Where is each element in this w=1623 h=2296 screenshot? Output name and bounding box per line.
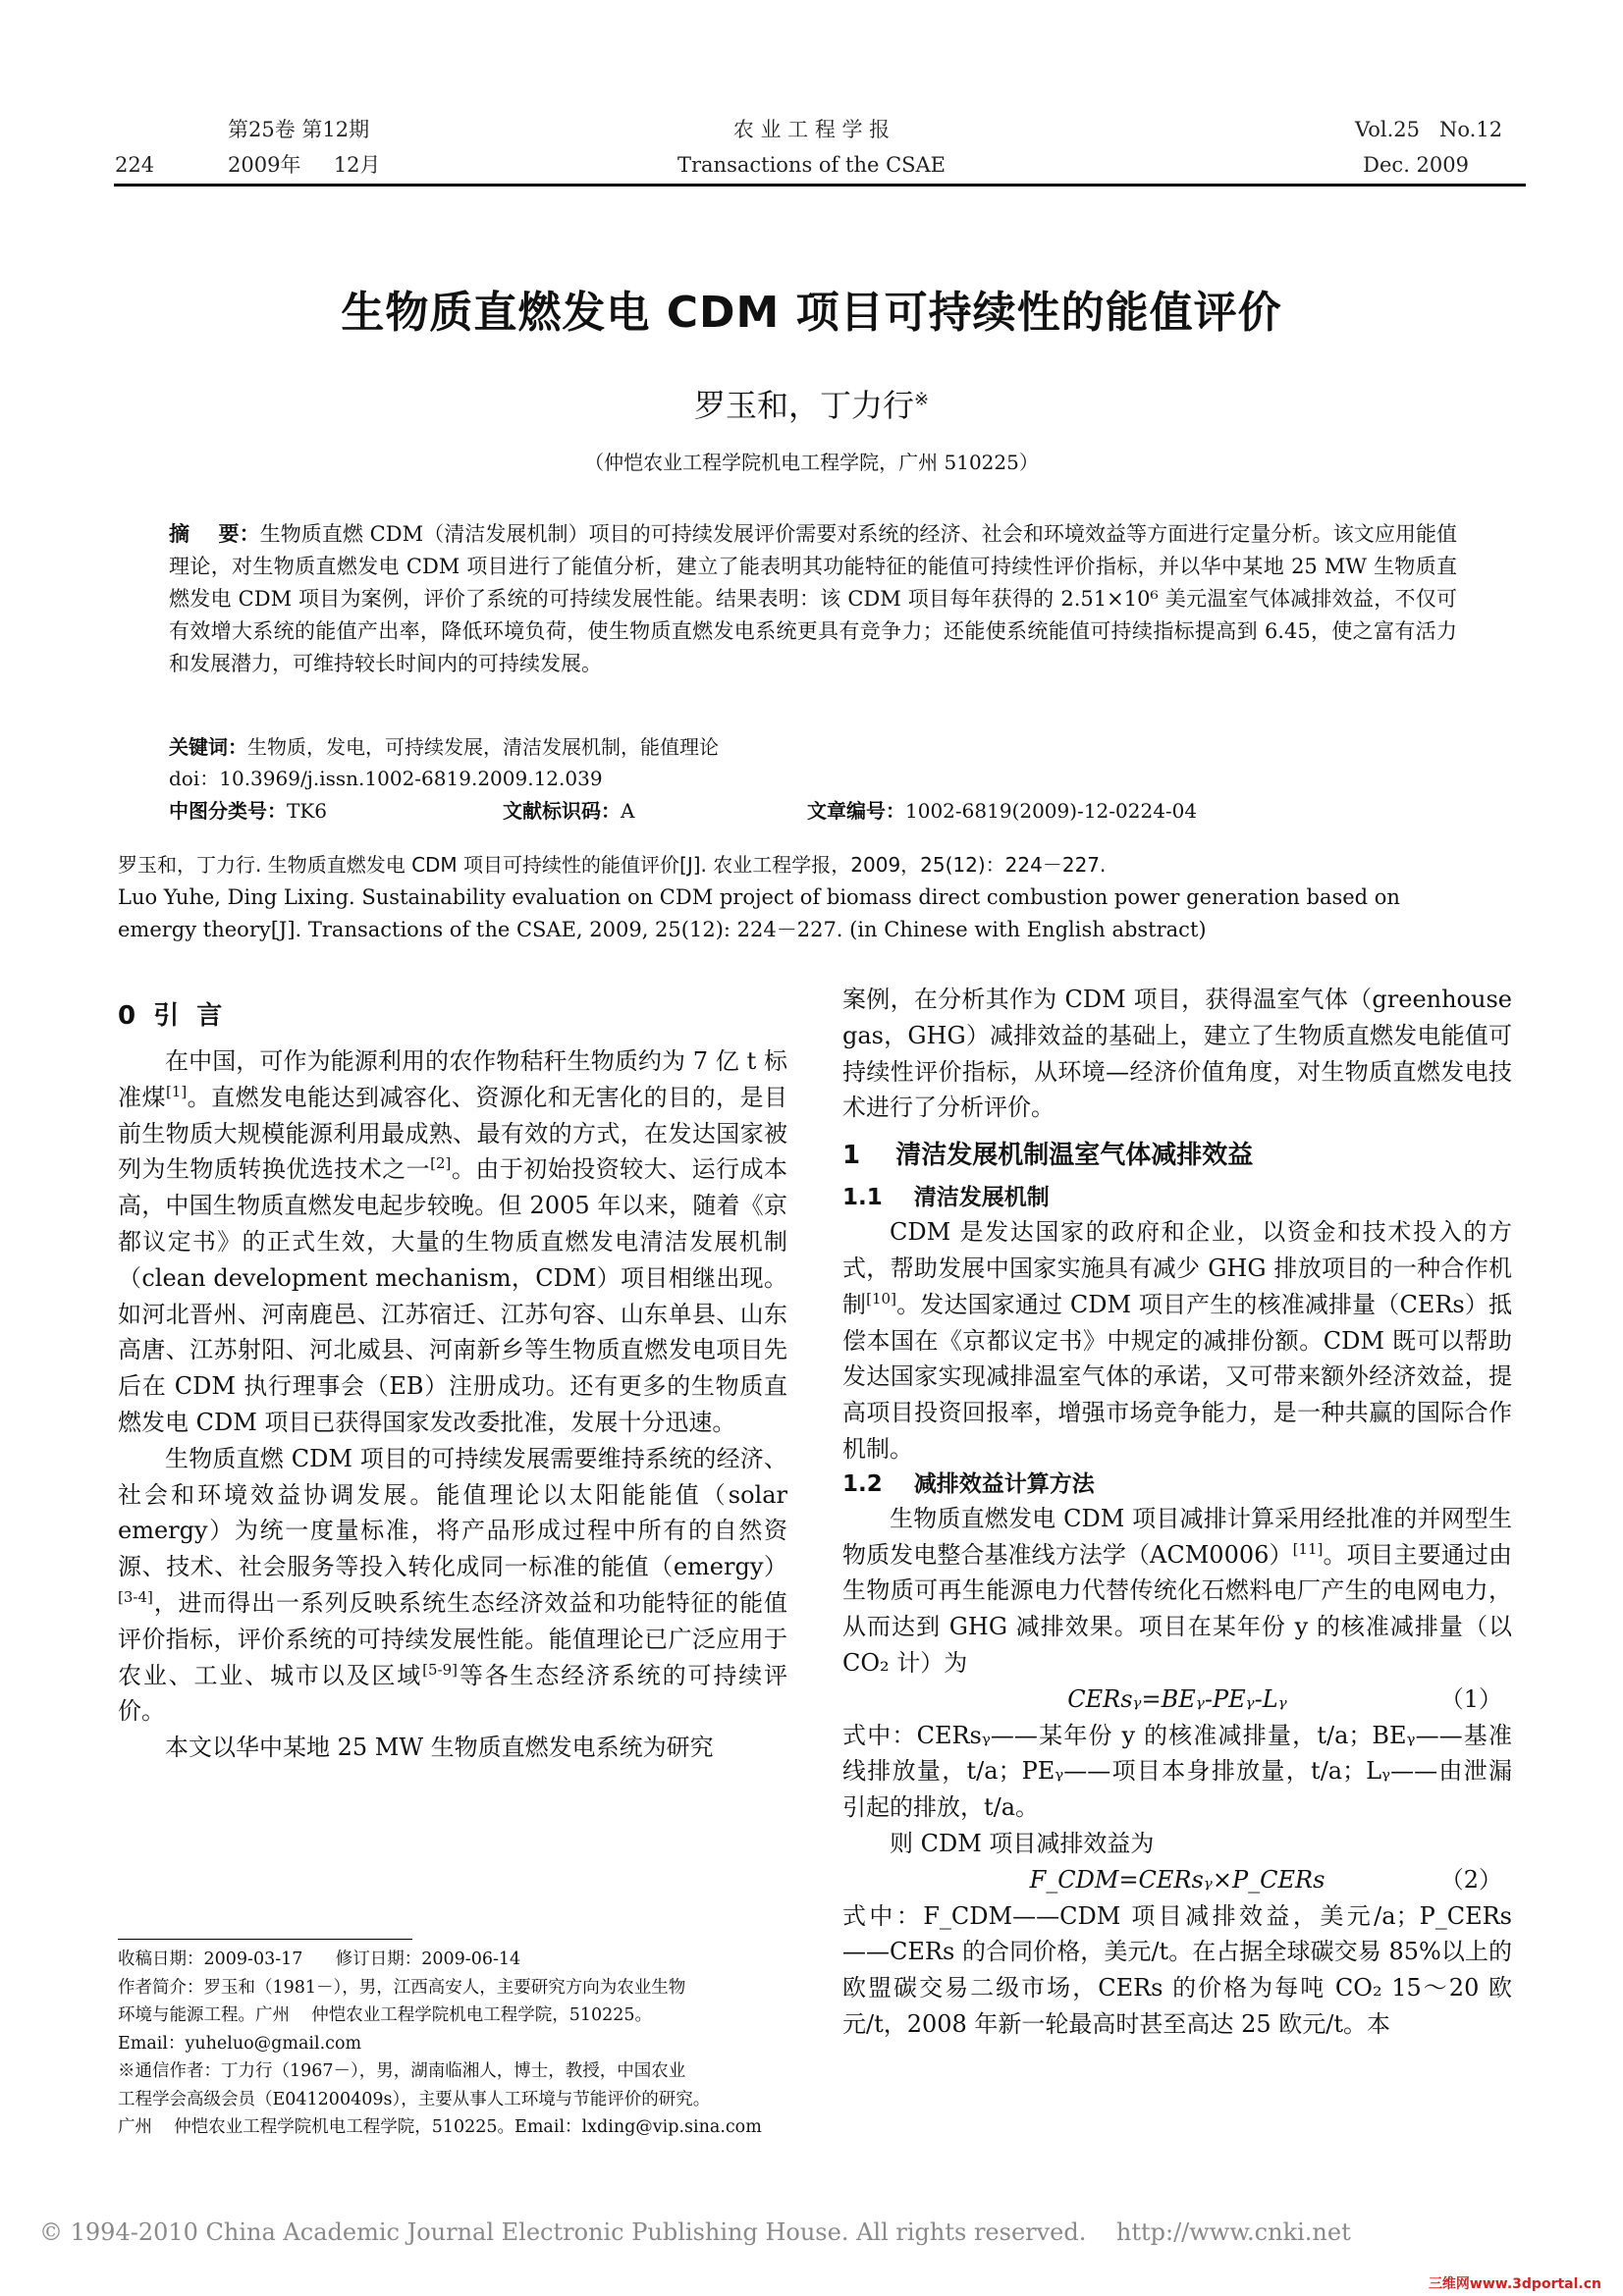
doc-code: A	[621, 799, 634, 823]
authors: 罗玉和，丁力行	[694, 387, 914, 424]
footnotes: 收稿日期：2009-03-17 修订日期：2009-06-14 作者简介：罗玉和…	[118, 1946, 787, 2142]
subsection-1-1-heading: 1.1 清洁发展机制	[842, 1181, 1512, 1214]
keywords-line: 关键词：生物质，发电，可持续发展，清洁发展机制，能值理论	[169, 731, 1465, 763]
ref-10[interactable]: [10]	[866, 1290, 896, 1308]
subsection-1-2-heading: 1.2 减排效益计算方法	[842, 1468, 1512, 1501]
abstract-label: 摘 要：	[169, 522, 260, 546]
article-no: 1002-6819(2009)-12-0224-04	[905, 799, 1197, 823]
paragraph-then: 则 CDM 项目减排效益为	[842, 1826, 1512, 1862]
ref-2[interactable]: [2]	[430, 1154, 451, 1172]
right-paragraph-0: 案例，在分析其作为 CDM 项目，获得温室气体（greenhouse gas，G…	[842, 982, 1512, 1126]
ref-1[interactable]: [1]	[166, 1083, 187, 1100]
left-column: 0 引 言 在中国，可作为能源利用的农作物秸秆生物质约为 7 亿 t 标准煤[1…	[118, 996, 787, 1766]
received-dates: 收稿日期：2009-03-17 修订日期：2009-06-14	[118, 1946, 787, 1974]
date-en: Dec. 2009	[1355, 150, 1469, 180]
equation-2-body: F_CDM=CERsᵧ×P_CERs	[1030, 1866, 1325, 1894]
article-title: 生物质直燃发电 CDM 项目可持续性的能值评价	[0, 277, 1623, 340]
equation-1: CERsᵧ=BEᵧ-PEᵧ-Lᵧ （1）	[842, 1682, 1512, 1718]
copyright-notice: © 1994-2010 China Academic Journal Elect…	[39, 2218, 1351, 2246]
intro-paragraph-2: 生物质直燃 CDM 项目的可持续发展需要维持系统的经济、社会和环境效益协调发展。…	[118, 1441, 787, 1730]
equation-2: F_CDM=CERsᵧ×P_CERs （2）	[842, 1862, 1512, 1898]
author-bio-2: ※通信作者：丁力行（1967－），男，湖南临湘人，博士，教授，中国农业	[118, 2057, 787, 2086]
equation-1-body: CERsᵧ=BEᵧ-PEᵧ-Lᵧ	[1067, 1685, 1287, 1713]
author-line: 罗玉和，丁力行※	[0, 381, 1623, 426]
author-email-2[interactable]: 广州 仲恺农业工程学院机电工程学院，510225。Email：lxding@vi…	[118, 2113, 787, 2142]
abstract-text: 生物质直燃 CDM（清洁发展机制）项目的可持续发展评价需要对系统的经济、社会和环…	[169, 522, 1457, 675]
footnote-rule	[118, 1939, 412, 1940]
author-bio-1: 作者简介：罗玉和（1981－），男，江西高安人，主要研究方向为农业生物	[118, 1974, 787, 2002]
clc-label: 中图分类号：	[169, 799, 287, 823]
equation-1-where: 式中：CERsᵧ——某年份 y 的核准减排量，t/a；BEᵧ——基准线排放量，t…	[842, 1718, 1512, 1826]
clc-code: TK6	[287, 799, 327, 823]
section-1-heading: 1 清洁发展机制温室气体减排效益	[842, 1136, 1512, 1175]
ref-11[interactable]: [11]	[1293, 1540, 1324, 1558]
corresponding-mark: ※	[914, 389, 929, 409]
section-0-heading: 0 引 言	[118, 996, 787, 1036]
affiliation: （仲恺农业工程学院机电工程学院，广州 510225）	[0, 447, 1623, 475]
equation-2-where: 式中：F_CDM——CDM 项目减排效益，美元/a；P_CERs——CERs 的…	[842, 1898, 1512, 2043]
ref-5-9[interactable]: [5-9]	[422, 1661, 458, 1679]
watermark-logo: 三维网www.3dportal.cn	[1429, 2273, 1601, 2293]
paragraph-1-1: CDM 是发达国家的政府和企业，以资金和技术投入的方式，帮助发展中国家实施具有减…	[842, 1214, 1512, 1468]
right-column: 案例，在分析其作为 CDM 项目，获得温室气体（greenhouse gas，G…	[842, 982, 1512, 2043]
citation-en: Luo Yuhe, Ding Lixing. Sustainability ev…	[118, 881, 1473, 946]
doc-code-label: 文献标识码：	[503, 799, 621, 823]
doi: doi：10.3969/j.issn.1002-6819.2009.12.039	[169, 763, 1465, 794]
article-no-label: 文章编号：	[807, 799, 905, 823]
citation: 罗玉和，丁力行. 生物质直燃发电 CDM 项目可持续性的能值评价[J]. 农业工…	[118, 849, 1473, 946]
author-email-1[interactable]: Email：yuheluo@gmail.com	[118, 2030, 787, 2058]
abstract: 摘 要：生物质直燃 CDM（清洁发展机制）项目的可持续发展评价需要对系统的经济、…	[169, 518, 1457, 680]
equation-2-number: （2）	[1440, 1862, 1502, 1898]
intro-paragraph-3: 本文以华中某地 25 MW 生物质直燃发电系统为研究	[118, 1730, 787, 1766]
volume-issue-en: Vol.25 No.12	[1355, 115, 1473, 144]
ref-3-4[interactable]: [3-4]	[118, 1588, 153, 1606]
citation-cn: 罗玉和，丁力行. 生物质直燃发电 CDM 项目可持续性的能值评价[J]. 农业工…	[118, 849, 1473, 881]
header-rule	[114, 184, 1526, 187]
paragraph-1-2: 生物质直燃发电 CDM 项目减排计算采用经批准的并网型生物质发电整合基准线方法学…	[842, 1501, 1512, 1682]
keywords-label: 关键词：	[169, 735, 247, 759]
equation-1-number: （1）	[1440, 1682, 1502, 1718]
keywords: 生物质，发电，可持续发展，清洁发展机制，能值理论	[247, 735, 719, 759]
intro-paragraph-1: 在中国，可作为能源利用的农作物秸秆生物质约为 7 亿 t 标准煤[1]。直燃发电…	[118, 1043, 787, 1441]
